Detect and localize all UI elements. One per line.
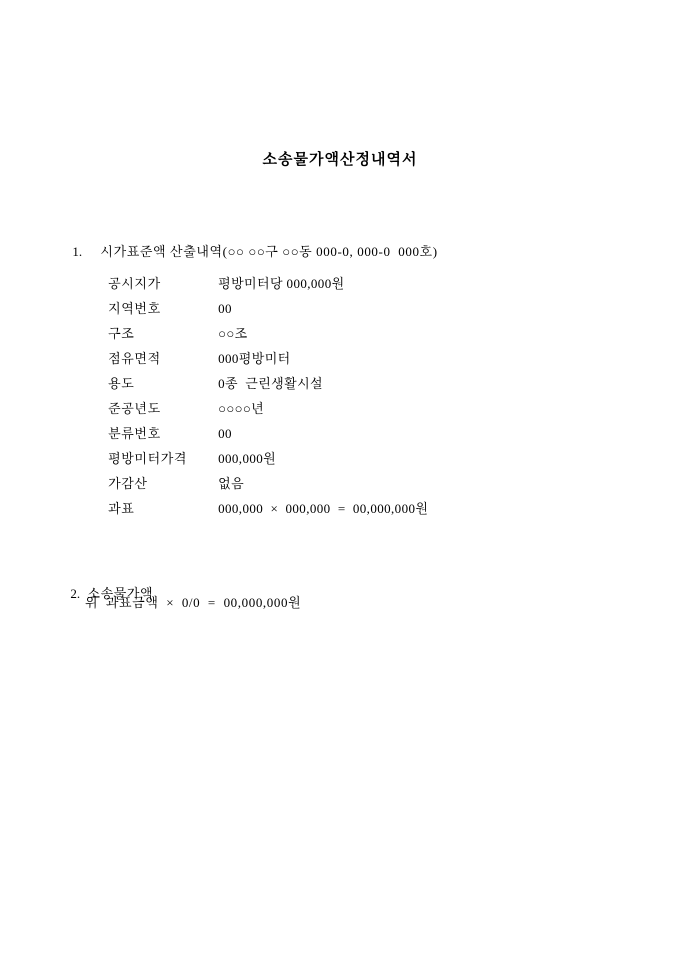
field-label: 지역번호	[108, 296, 218, 321]
field-label: 공시지가	[108, 271, 218, 296]
document-title: 소송물가액산정내역서	[0, 151, 680, 169]
field-value: 00	[218, 301, 232, 316]
field-value: ○○○○년	[218, 401, 264, 416]
field-value: 000평방미터	[218, 351, 291, 366]
field-label: 분류번호	[108, 421, 218, 446]
field-value: 000,000원	[218, 451, 276, 466]
field-value: ○○조	[218, 326, 247, 341]
document-page: 소송물가액산정내역서 1.시가표준액 산출내역(○○ ○○구 ○○동 000-0…	[0, 0, 680, 962]
lawsuit-value-formula: 위 과표금액 × 0/0 = 00,000,000원	[85, 595, 301, 611]
field-value: 000,000 × 000,000 = 00,000,000원	[218, 501, 428, 516]
field-label: 가감산	[108, 471, 218, 496]
field-value: 0종 근린생활시설	[218, 376, 323, 391]
field-value: 00	[218, 426, 232, 441]
field-row-gongsijiga: 공시지가평방미터당 000,000원	[85, 246, 428, 271]
field-label: 점유면적	[108, 346, 218, 371]
field-label: 구조	[108, 321, 218, 346]
field-label: 평방미터가격	[108, 446, 218, 471]
section1-field-list: 공시지가평방미터당 000,000원 지역번호00 구조○○조 점유면적000평…	[85, 246, 428, 496]
field-label: 용도	[108, 371, 218, 396]
field-label: 과표	[108, 496, 218, 521]
field-value: 없음	[218, 476, 244, 491]
field-label: 준공년도	[108, 396, 218, 421]
field-value: 평방미터당 000,000원	[218, 276, 344, 291]
